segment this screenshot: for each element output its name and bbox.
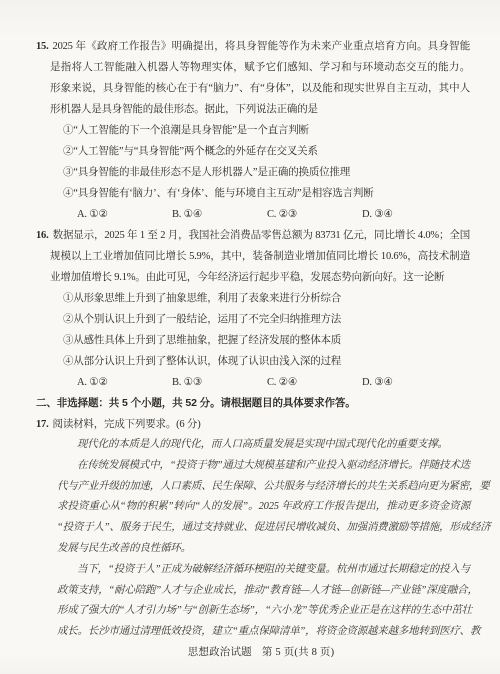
- statement-line: ④从部分认识上升到了整体认识，体现了认识由浅入深的过程: [63, 351, 470, 372]
- material-line: 代与产业升级的加速，人口素质、民生保障、公共服务与经济增长的共生关系趋向更为紧密…: [57, 477, 470, 498]
- question-stem-line: 业增加值增长 9.1%。由此可见，今年经济运行起步平稳，发展态势向新向好。这一论…: [50, 267, 470, 288]
- answer-option: B. ①③: [172, 372, 267, 393]
- material-line: 形成了强大的“人才引力场”与“创新生态场”，“六小龙”等优秀企业正是在这样的生态…: [57, 601, 470, 622]
- answer-option: A. ①②: [77, 204, 172, 225]
- statement-line: ①“人工智能的下一个浪潮是具身智能”是一个直言判断: [63, 120, 470, 141]
- material-line: 成长。长沙市通过清理低效投资，建立“重点保障清单”，将资金资源越来越多地转到医疗…: [57, 622, 470, 643]
- question-stem-line: 形机器人是具身智能的最佳形态。据此，下列说法正确的是: [50, 99, 470, 120]
- statement-line: ②从个别认识上升到了一般结论，运用了不完全归纳推理方法: [63, 309, 470, 330]
- material-line: 在传统发展模式中，“投资于物”通过大规模基建和产业投入驱动经济增长。伴随技术迭: [57, 456, 470, 477]
- options-row: A. ①②B. ①③C. ②④D. ③④: [77, 372, 470, 393]
- question-17-lead: 17.阅读材料，完成下列要求。(6 分): [36, 414, 470, 435]
- question-stem-line: 形象来说，具身智能的核心在于有“脑力”、有“身体”，以及能和现实世界自主互动，其…: [50, 78, 470, 99]
- statement-line: ①从形象思维上升到了抽象思维，利用了表象来进行分析综合: [63, 288, 470, 309]
- material-line: 现代化的本质是人的现代化，而人口高质量发展是实现中国式现代化的重要支撑。: [57, 435, 470, 456]
- answer-option: B. ①④: [172, 204, 267, 225]
- options-row: A. ①②B. ①④C. ②③D. ③④: [77, 204, 470, 225]
- answer-option: C. ②③: [267, 204, 362, 225]
- answer-option: D. ③④: [362, 204, 393, 225]
- statement-line: ②“人工智能”与“具身智能”两个概念的外延存在交叉关系: [63, 141, 470, 162]
- question-stem-line: 16.数据显示，2025 年 1 至 2 月，我国社会消费品零售总额为 8373…: [36, 225, 470, 246]
- material-line: 发展与民生改善的良性循环。: [57, 539, 470, 560]
- material-line: 当下，“投资于人”正成为破解经济循环梗阻的关键变量。杭州市通过长期稳定的投入与: [57, 560, 470, 581]
- question-stem-line: 是指将人工智能融入机器人等物理实体，赋予它们感知、学习和与环境动态交互的能力。: [50, 57, 470, 78]
- footer-page-number: 第 5 页(共 8 页): [262, 647, 334, 658]
- statement-line: ③从感性具体上升到了思维抽象，把握了经济发展的整体本质: [63, 330, 470, 351]
- question-16: 16.数据显示，2025 年 1 至 2 月，我国社会消费品零售总额为 8373…: [36, 225, 470, 393]
- page-footer: 思想政治试题第 5 页(共 8 页): [0, 644, 500, 659]
- question-15: 15.2025 年《政府工作报告》明确提出，将具身智能等作为未来产业重点培育方向…: [36, 36, 470, 225]
- material-line: 政策支持，“耐心陪跑”人才与企业成长，推动“教育链—人才链—创新链—产业链”深度…: [57, 581, 470, 602]
- material-line: 求投资重心从“物的积累”转向“人的发展”。2025 年政府工作报告提出，推动更多…: [57, 497, 470, 518]
- exam-content: 15.2025 年《政府工作报告》明确提出，将具身智能等作为未来产业重点培育方向…: [36, 36, 470, 643]
- question-17-material: 现代化的本质是人的现代化，而人口高质量发展是实现中国式现代化的重要支撑。在传统发…: [57, 435, 470, 643]
- answer-option: D. ③④: [362, 372, 393, 393]
- answer-option: C. ②④: [267, 372, 362, 393]
- question-17-number: 17.: [36, 419, 49, 430]
- statement-line: ③“具身智能的非最佳形态不是人形机器人”是正确的换质位推理: [63, 162, 470, 183]
- question-number: 15.: [36, 41, 49, 52]
- multiple-choice-questions: 15.2025 年《政府工作报告》明确提出，将具身智能等作为未来产业重点培育方向…: [36, 36, 470, 393]
- exam-page: 15.2025 年《政府工作报告》明确提出，将具身智能等作为未来产业重点培育方向…: [0, 0, 500, 674]
- answer-option: A. ①②: [77, 372, 172, 393]
- question-number: 16.: [36, 230, 49, 241]
- question-17-instruction: 阅读材料，完成下列要求。(6 分): [53, 419, 201, 430]
- statement-line: ④“具身智能有‘脑力’、有‘身体’、能与环境自主互动”是相容选言判断: [63, 183, 470, 204]
- question-stem-line: 15.2025 年《政府工作报告》明确提出，将具身智能等作为未来产业重点培育方向…: [36, 36, 470, 57]
- material-line: “投资于人”、服务于民生，通过支持就业、促进居民增收减负、加强消费激励等措施，形…: [57, 518, 470, 539]
- section-two-header: 二、非选择题：共 5 个小题，共 52 分。请根据题目的具体要求作答。: [36, 393, 470, 414]
- question-stem-text: 数据显示，2025 年 1 至 2 月，我国社会消费品零售总额为 83731 亿…: [53, 230, 470, 241]
- footer-exam-title: 思想政治试题: [188, 647, 252, 658]
- question-stem-text: 2025 年《政府工作报告》明确提出，将具身智能等作为未来产业重点培育方向。具身…: [53, 41, 470, 52]
- question-stem-line: 规模以上工业增加值同比增长 5.9%，其中，装备制造业增加值同比增长 10.6%…: [50, 246, 470, 267]
